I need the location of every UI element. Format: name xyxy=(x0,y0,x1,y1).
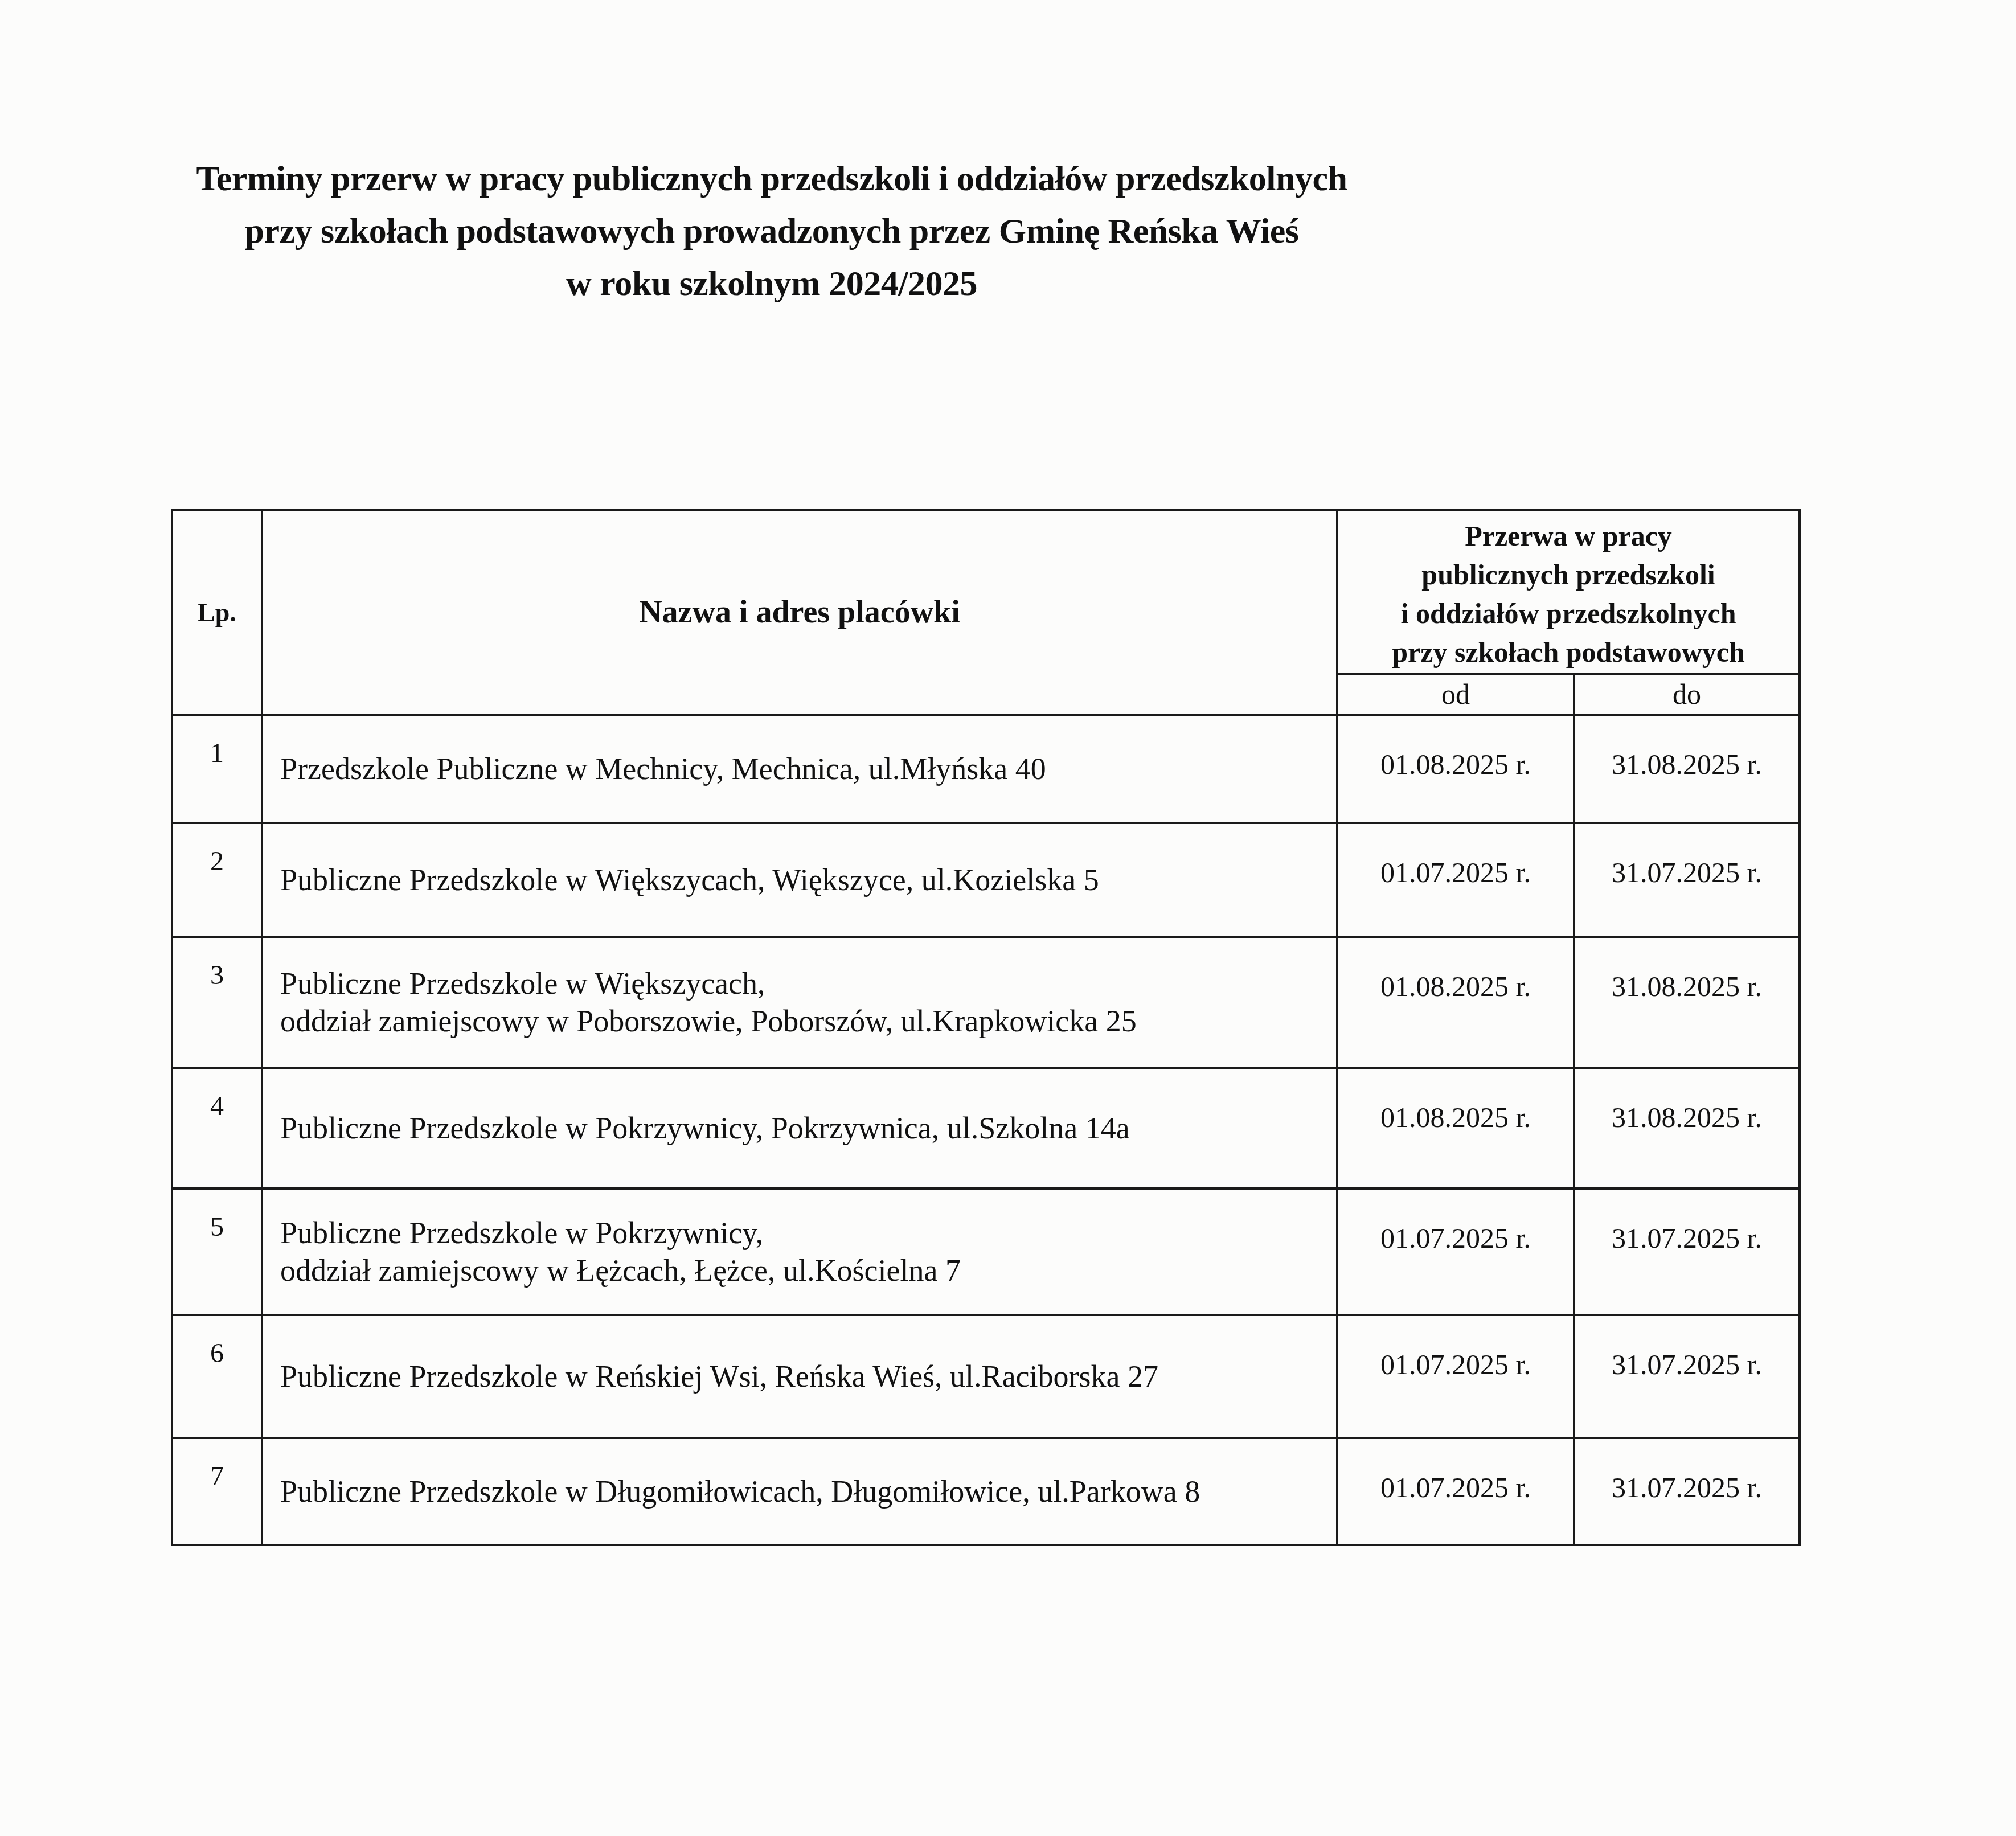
name-address-line: Publiczne Przedszkole w Większycach, xyxy=(280,965,1336,1002)
row-break-to: 31.07.2025 r. xyxy=(1574,1438,1800,1545)
document-title: Terminy przerw w pracy publicznych przed… xyxy=(0,153,1543,310)
row-break-from: 01.08.2025 r. xyxy=(1337,1068,1574,1189)
row-name-address: Publiczne Przedszkole w Pokrzywnicy, Pok… xyxy=(262,1068,1337,1189)
row-lp: 4 xyxy=(172,1068,262,1189)
table-row: 7Publiczne Przedszkole w Długomiłowicach… xyxy=(172,1438,1800,1545)
row-lp: 2 xyxy=(172,823,262,937)
row-lp: 6 xyxy=(172,1315,262,1438)
table-row: 5Publiczne Przedszkole w Pokrzywnicy,odd… xyxy=(172,1189,1800,1315)
row-name-address: Przedszkole Publiczne w Mechnicy, Mechni… xyxy=(262,715,1337,823)
title-line-2: przy szkołach podstawowych prowadzonych … xyxy=(0,205,1543,257)
header-break-line-3: i oddziałów przedszkolnych xyxy=(1338,594,1798,633)
name-address-line: Publiczne Przedszkole w Pokrzywnicy, xyxy=(280,1214,1336,1252)
row-break-to: 31.08.2025 r. xyxy=(1574,937,1800,1068)
header-break-line-4: przy szkołach podstawowych xyxy=(1338,633,1798,671)
row-lp: 7 xyxy=(172,1438,262,1545)
row-lp: 3 xyxy=(172,937,262,1068)
table-row: 6Publiczne Przedszkole w Reńskiej Wsi, R… xyxy=(172,1315,1800,1438)
row-lp: 5 xyxy=(172,1189,262,1315)
name-address-line: oddział zamiejscowy w Łężcach, Łężce, ul… xyxy=(280,1252,1336,1289)
row-name-address: Publiczne Przedszkole w Większycach, Wię… xyxy=(262,823,1337,937)
break-schedule-table: Lp. Nazwa i adres placówki Przerwa w pra… xyxy=(171,509,1801,1546)
title-line-1: Terminy przerw w pracy publicznych przed… xyxy=(0,153,1543,205)
name-address-line: Przedszkole Publiczne w Mechnicy, Mechni… xyxy=(280,750,1336,788)
table-row: 1Przedszkole Publiczne w Mechnicy, Mechn… xyxy=(172,715,1800,823)
row-break-from: 01.07.2025 r. xyxy=(1337,823,1574,937)
header-from: od xyxy=(1337,674,1574,715)
table-row: 4Publiczne Przedszkole w Pokrzywnicy, Po… xyxy=(172,1068,1800,1189)
row-name-address: Publiczne Przedszkole w Większycach,oddz… xyxy=(262,937,1337,1068)
header-break-period: Przerwa w pracy publicznych przedszkoli … xyxy=(1337,510,1800,674)
header-lp: Lp. xyxy=(172,510,262,715)
row-break-to: 31.08.2025 r. xyxy=(1574,715,1800,823)
row-break-from: 01.07.2025 r. xyxy=(1337,1315,1574,1438)
row-name-address: Publiczne Przedszkole w Reńskiej Wsi, Re… xyxy=(262,1315,1337,1438)
row-name-address: Publiczne Przedszkole w Długomiłowicach,… xyxy=(262,1438,1337,1545)
name-address-line: Publiczne Przedszkole w Pokrzywnicy, Pok… xyxy=(280,1109,1336,1147)
row-break-to: 31.07.2025 r. xyxy=(1574,1315,1800,1438)
row-break-from: 01.08.2025 r. xyxy=(1337,937,1574,1068)
table-row: 3Publiczne Przedszkole w Większycach,odd… xyxy=(172,937,1800,1068)
row-break-from: 01.07.2025 r. xyxy=(1337,1438,1574,1545)
row-break-from: 01.07.2025 r. xyxy=(1337,1189,1574,1315)
row-break-to: 31.08.2025 r. xyxy=(1574,1068,1800,1189)
name-address-line: Publiczne Przedszkole w Długomiłowicach,… xyxy=(280,1473,1336,1510)
row-break-from: 01.08.2025 r. xyxy=(1337,715,1574,823)
row-lp: 1 xyxy=(172,715,262,823)
row-break-to: 31.07.2025 r. xyxy=(1574,1189,1800,1315)
name-address-line: oddział zamiejscowy w Poborszowie, Pobor… xyxy=(280,1002,1336,1040)
header-name-address: Nazwa i adres placówki xyxy=(262,510,1337,715)
name-address-line: Publiczne Przedszkole w Większycach, Wię… xyxy=(280,861,1336,899)
header-to: do xyxy=(1574,674,1800,715)
row-name-address: Publiczne Przedszkole w Pokrzywnicy,oddz… xyxy=(262,1189,1337,1315)
row-break-to: 31.07.2025 r. xyxy=(1574,823,1800,937)
header-break-line-1: Przerwa w pracy xyxy=(1338,517,1798,555)
table-row: 2Publiczne Przedszkole w Większycach, Wi… xyxy=(172,823,1800,937)
table-header-row: Lp. Nazwa i adres placówki Przerwa w pra… xyxy=(172,510,1800,674)
title-line-3: w roku szkolnym 2024/2025 xyxy=(0,257,1543,310)
header-break-line-2: publicznych przedszkoli xyxy=(1338,555,1798,594)
name-address-line: Publiczne Przedszkole w Reńskiej Wsi, Re… xyxy=(280,1358,1336,1395)
